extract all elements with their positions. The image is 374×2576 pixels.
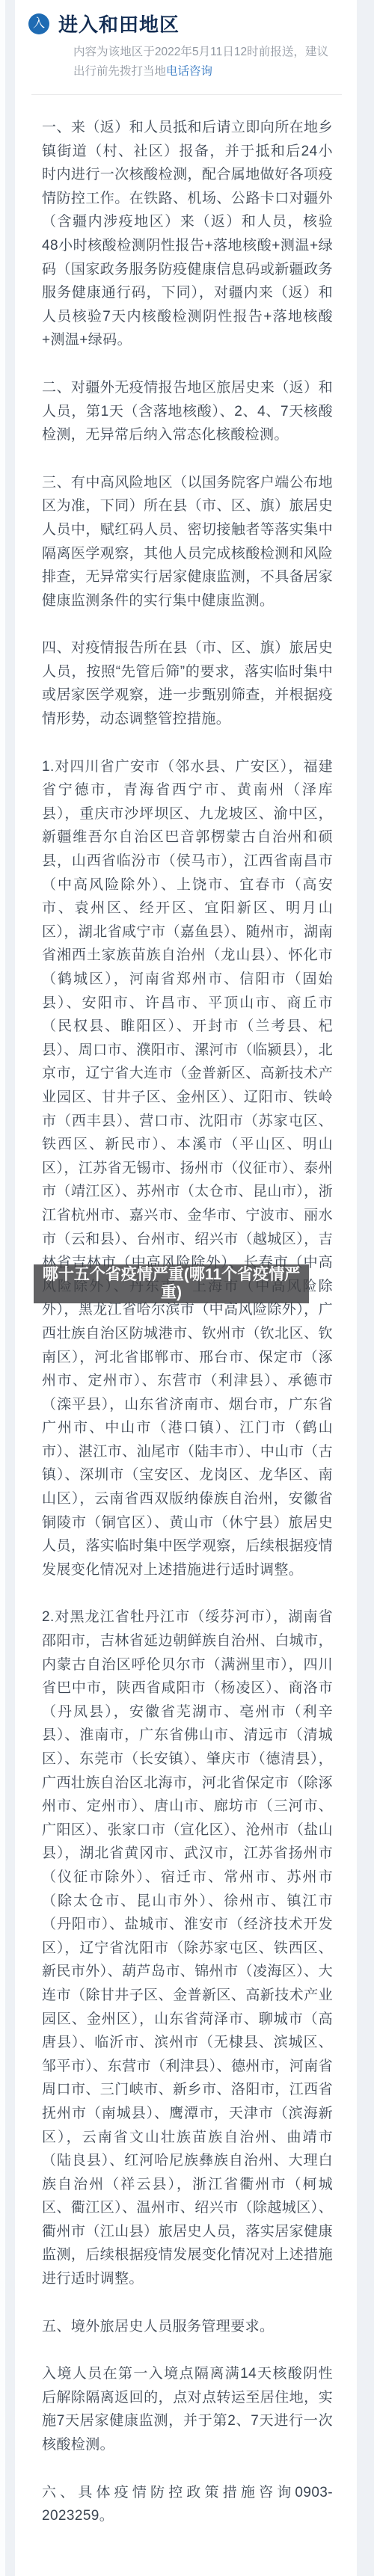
- report-notice: 内容为该地区于2022年5月11日12时前报送，建议出行前先拨打当地电话咨询: [73, 43, 328, 82]
- policy-paragraph-9: 六、具体疫情防控政策措施咨询0903-2023259。: [42, 2481, 333, 2528]
- policy-paragraph-3: 三、有中高风险地区（以国务院客户端公布地区为准，下同）所在县（市、区、旗）旅居史…: [42, 471, 333, 613]
- policy-paragraph-1: 一、来（返）和人员抵和后请立即向所在地乡镇街道（村、社区）报备，并于抵和后24小…: [42, 116, 333, 352]
- policy-paragraph-2: 二、对疆外无疫情报告地区旅居史来（返）和人员，第1天（含落地核酸）、2、4、7天…: [42, 376, 333, 447]
- epidemic-question-overlay-banner: 哪十五个省疫情严重(哪11个省疫情严重): [34, 1264, 309, 1303]
- enter-circle-icon: 入: [28, 13, 49, 34]
- page-title: 进入和田地区: [58, 10, 180, 37]
- phone-consult-link[interactable]: 电话咨询: [166, 65, 212, 78]
- policy-paragraph-8: 入境人员在第一入境点隔离满14天核酸阴性后解除隔离返回的，点对点转运至居住地，实…: [42, 2362, 333, 2456]
- left-edge-strip: [0, 0, 5, 2576]
- section-divider: [31, 94, 342, 95]
- page-header: 入 进入和田地区 内容为该地区于2022年5月11日12时前报送，建议出行前先拨…: [15, 0, 357, 82]
- policy-paragraph-4: 四、对疫情报告所在县（市、区、旗）旅居史人员，按照“先管后筛”的要求，落实临时集…: [42, 636, 333, 731]
- policy-paragraph-6: 2.对黑龙江省牡丹江市（绥芬河市），湖南省邵阳市，吉林省延边朝鲜族自治州、白城市…: [42, 1605, 333, 2290]
- policy-article: 一、来（返）和人员抵和后请立即向所在地乡镇街道（村、社区）报备，并于抵和后24小…: [42, 116, 333, 2528]
- policy-paragraph-5: 1.对四川省广安市（邻水县、广安区），福建省宁德市，青海省西宁市、黄南州（泽库县…: [42, 755, 333, 1582]
- policy-paragraph-7: 五、境外旅居史人员服务管理要求。: [42, 2315, 333, 2339]
